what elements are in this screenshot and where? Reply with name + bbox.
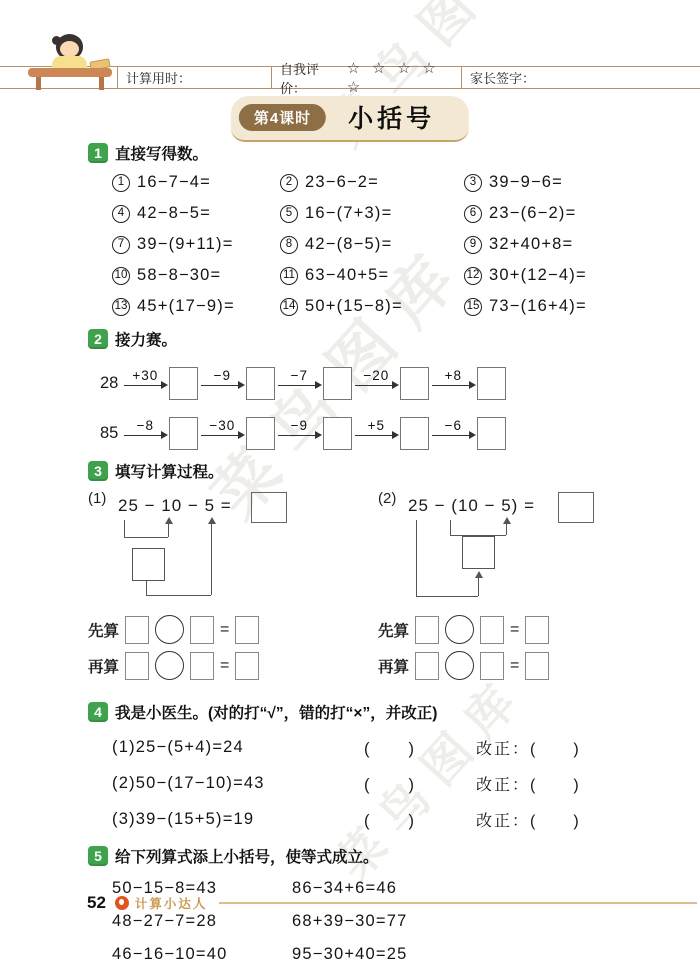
bracket-line xyxy=(168,523,169,537)
arrow-right-icon xyxy=(355,435,397,436)
arrow-right-icon xyxy=(278,385,320,386)
check-parentheses: ( ) xyxy=(364,735,476,759)
then-calc-line: 再算 = xyxy=(88,651,378,680)
relay-operation: −8 xyxy=(137,418,154,433)
answer-box xyxy=(246,417,275,450)
section-4-header: 4 我是小医生。(对的打“√”，错的打“×”，并改正) xyxy=(88,701,666,723)
problem-expression: 32+40+8= xyxy=(489,235,573,254)
answer-box xyxy=(169,417,198,450)
section-4-number-badge: 4 xyxy=(88,702,108,722)
problem-number: 14 xyxy=(280,298,298,316)
problem-item: 1573−(16+4)= xyxy=(464,297,666,316)
answer-box xyxy=(251,492,287,523)
relay-chain-1: 28 +30 −9 −7 −20 +8 xyxy=(100,354,666,400)
first-calc-line: 先算 = xyxy=(378,615,666,644)
problem-expression: 16−7−4= xyxy=(137,173,211,192)
answer-box xyxy=(400,417,429,450)
problem-number: 6 xyxy=(464,205,482,223)
problem-number: 1 xyxy=(112,174,130,192)
check-row: (1)25−(5+4)=24 ( ) 改正：( ) xyxy=(112,735,666,759)
problem-item: 442−8−5= xyxy=(112,204,280,223)
problem-item: 1345+(17−9)= xyxy=(112,297,280,316)
arrow-up-icon xyxy=(165,517,173,524)
operand-box xyxy=(480,652,504,680)
equation: 68+39−30=77 xyxy=(292,912,666,931)
relay-step: −6 xyxy=(432,418,474,436)
then-calc-label: 再算 xyxy=(88,655,119,677)
process-diagram-2: (2) 25 − (10 − 5) = xyxy=(378,490,666,606)
arrow-up-icon xyxy=(503,517,511,524)
diagram-label: (2) xyxy=(378,490,396,507)
process-diagram-1: (1) 25 − 10 − 5 = xyxy=(88,490,378,606)
equation: 48−27−7=28 xyxy=(112,912,292,931)
problem-item: 116−7−4= xyxy=(112,173,280,192)
then-calc-line: 再算 = xyxy=(378,651,666,680)
problem-number: 15 xyxy=(464,298,482,316)
worksheet-page: 菜鸟图库 菜鸟图库 菜鸟图库 计算用时： 自我评价： ☆ ☆ ☆ ☆ ☆ 家长签… xyxy=(0,0,700,979)
problem-expression: 45+(17−9)= xyxy=(137,297,235,316)
section-2-title: 接力赛。 xyxy=(115,328,177,350)
then-calc-label: 再算 xyxy=(378,655,409,677)
arrow-right-icon xyxy=(201,435,243,436)
section-3-header: 3 填写计算过程。 xyxy=(88,460,666,482)
desk xyxy=(28,68,112,77)
operand-box xyxy=(125,652,149,680)
relay-step: −9 xyxy=(278,418,320,436)
correction-field: 改正：( ) xyxy=(476,736,581,759)
brand-name: 计算小达人 xyxy=(135,894,208,912)
problem-number: 11 xyxy=(280,267,298,285)
bracket-line xyxy=(124,537,168,538)
lesson-number-pill: 第4课时 xyxy=(239,104,326,131)
problem-item: 932+40+8= xyxy=(464,235,666,254)
intermediate-result-box xyxy=(462,536,495,569)
problem-number: 2 xyxy=(280,174,298,192)
equals-sign: = xyxy=(220,621,229,639)
self-evaluation-field: 自我评价： ☆ ☆ ☆ ☆ ☆ xyxy=(272,67,462,88)
problem-number: 10 xyxy=(112,267,130,285)
problem-expression: 63−40+5= xyxy=(305,266,389,285)
result-box xyxy=(235,616,259,644)
relay-step: −7 xyxy=(278,368,320,386)
answer-box xyxy=(477,417,506,450)
relay-step: +30 xyxy=(124,368,166,386)
arrow-right-icon xyxy=(278,435,320,436)
problem-expression: 50+(15−8)= xyxy=(305,297,403,316)
problem-expression: 23−6−2= xyxy=(305,173,379,192)
calc-column-1: 先算 = 再算 = xyxy=(88,608,378,687)
relay-operation: −9 xyxy=(214,368,231,383)
problem-number: 3 xyxy=(464,174,482,192)
section-1-number-badge: 1 xyxy=(88,143,108,163)
operand-box xyxy=(190,652,214,680)
arrow-up-icon xyxy=(208,517,216,524)
check-parentheses: ( ) xyxy=(364,807,476,831)
calculation-process-diagrams: (1) 25 − 10 − 5 = (2) 25 − (10 − 5) = xyxy=(88,490,666,606)
footer-rule xyxy=(219,902,697,904)
diagram-label: (1) xyxy=(88,490,106,507)
relay-chain-2: 85 −8 −30 −9 +5 −6 xyxy=(100,404,666,450)
student-at-desk-illustration xyxy=(28,34,112,94)
page-footer: 52 计算小达人 xyxy=(87,893,697,913)
result-box xyxy=(525,652,549,680)
arrow-up-icon xyxy=(475,571,483,578)
lesson-banner: 第4课时 小括号 xyxy=(231,96,469,142)
section-2-number-badge: 2 xyxy=(88,329,108,349)
girl-face xyxy=(60,41,79,57)
relay-operation: +8 xyxy=(445,368,462,383)
check-parentheses: ( ) xyxy=(364,771,476,795)
problem-expression: 42−8−5= xyxy=(137,204,211,223)
equation: 46−16−10=40 xyxy=(112,945,292,964)
section-1-problem-grid: 116−7−4= 223−6−2= 339−9−6= 442−8−5= 516−… xyxy=(112,173,666,316)
arrow-right-icon xyxy=(201,385,243,386)
operand-box xyxy=(415,616,439,644)
operator-circle xyxy=(155,615,184,644)
bracket-line xyxy=(450,520,451,535)
check-expression: (2)50−(17−10)=43 xyxy=(112,774,364,793)
worksheet-content: 1 直接写得数。 116−7−4= 223−6−2= 339−9−6= 442−… xyxy=(88,142,666,964)
problem-item: 516−(7+3)= xyxy=(280,204,464,223)
result-box xyxy=(235,652,259,680)
section-3-number-badge: 3 xyxy=(88,461,108,481)
problem-number: 5 xyxy=(280,205,298,223)
first-calc-label: 先算 xyxy=(88,619,119,641)
path-line xyxy=(146,595,211,596)
result-box xyxy=(525,616,549,644)
arrow-right-icon xyxy=(432,435,474,436)
parent-signature-label: 家长签字： xyxy=(470,68,535,87)
relay-operation: +5 xyxy=(368,418,385,433)
problem-number: 13 xyxy=(112,298,130,316)
time-used-label: 计算用时： xyxy=(126,68,191,87)
path-line xyxy=(416,520,417,596)
check-row: (3)39−(15+5)=19 ( ) 改正：( ) xyxy=(112,807,666,831)
problem-item: 739−(9+11)= xyxy=(112,235,280,254)
equals-sign: = xyxy=(220,657,229,675)
relay-step: −30 xyxy=(201,418,243,436)
check-expression: (1)25−(5+4)=24 xyxy=(112,738,364,757)
problem-item: 623−(6−2)= xyxy=(464,204,666,223)
check-expression: (3)39−(15+5)=19 xyxy=(112,810,364,829)
answer-box xyxy=(558,492,594,523)
section-3-title: 填写计算过程。 xyxy=(115,460,224,482)
section-1-title: 直接写得数。 xyxy=(115,142,208,164)
path-line xyxy=(146,581,147,595)
answer-box xyxy=(477,367,506,400)
operator-circle xyxy=(445,615,474,644)
path-line xyxy=(416,596,478,597)
relay-operation: −9 xyxy=(291,418,308,433)
parent-signature-field: 家长签字： xyxy=(462,67,700,88)
section-2-header: 2 接力赛。 xyxy=(88,328,666,350)
section-5-number-badge: 5 xyxy=(88,846,108,866)
intermediate-result-box xyxy=(132,548,165,581)
self-evaluation-label: 自我评价： xyxy=(280,59,343,97)
first-then-calc-grid: 先算 = 再算 = 先算 xyxy=(88,608,666,687)
relay-operation: −20 xyxy=(363,368,389,383)
equals-sign: = xyxy=(510,657,519,675)
problem-item: 1058−8−30= xyxy=(112,266,280,285)
correction-field: 改正：( ) xyxy=(476,772,581,795)
relay-step: +8 xyxy=(432,368,474,386)
relay-step: −20 xyxy=(355,368,397,386)
page-title: 小括号 xyxy=(348,99,435,135)
equals-sign: = xyxy=(510,621,519,639)
relay-step: +5 xyxy=(355,418,397,436)
relay-start-number: 28 xyxy=(100,374,118,393)
brand-dot-icon xyxy=(115,896,129,910)
problem-item: 842−(8−5)= xyxy=(280,235,464,254)
problem-item: 1450+(15−8)= xyxy=(280,297,464,316)
operator-circle xyxy=(445,651,474,680)
relay-operation: −7 xyxy=(291,368,308,383)
desk-leg xyxy=(99,77,104,90)
correction-field: 改正：( ) xyxy=(476,808,581,831)
relay-step: −8 xyxy=(124,418,166,436)
section-1-header: 1 直接写得数。 xyxy=(88,142,666,164)
problem-item: 339−9−6= xyxy=(464,173,666,192)
arrow-right-icon xyxy=(432,385,474,386)
problem-expression: 23−(6−2)= xyxy=(489,204,576,223)
diagram-expression: 25 − 10 − 5 = xyxy=(118,496,232,516)
relay-operation: −30 xyxy=(209,418,235,433)
time-used-field: 计算用时： xyxy=(118,67,272,88)
problem-expression: 16−(7+3)= xyxy=(305,204,392,223)
problem-number: 4 xyxy=(112,205,130,223)
equation: 95−30+40=25 xyxy=(292,945,666,964)
operator-circle xyxy=(155,651,184,680)
operand-box xyxy=(415,652,439,680)
diagram-expression: 25 − (10 − 5) = xyxy=(408,496,535,516)
star-rating-icons: ☆ ☆ ☆ ☆ ☆ xyxy=(347,59,461,97)
problem-number: 9 xyxy=(464,236,482,254)
arrow-right-icon xyxy=(355,385,397,386)
relay-step: −9 xyxy=(201,368,243,386)
problem-item: 1163−40+5= xyxy=(280,266,464,285)
check-row: (2)50−(17−10)=43 ( ) 改正：( ) xyxy=(112,771,666,795)
section-5-title: 给下列算式添上小括号，使等式成立。 xyxy=(115,845,379,867)
add-parentheses-grid: 50−15−8=43 86−34+6=46 48−27−7=28 68+39−3… xyxy=(112,879,666,964)
problem-expression: 58−8−30= xyxy=(137,266,221,285)
problem-expression: 73−(16+4)= xyxy=(489,297,587,316)
path-line xyxy=(211,523,212,595)
operand-box xyxy=(125,616,149,644)
answer-box xyxy=(246,367,275,400)
answer-box xyxy=(400,367,429,400)
answer-box xyxy=(169,367,198,400)
problem-expression: 42−(8−5)= xyxy=(305,235,392,254)
problem-expression: 30+(12−4)= xyxy=(489,266,587,285)
path-line xyxy=(478,576,479,596)
problem-number: 7 xyxy=(112,236,130,254)
arrow-right-icon xyxy=(124,385,166,386)
relay-start-number: 85 xyxy=(100,424,118,443)
answer-box xyxy=(323,367,352,400)
calc-column-2: 先算 = 再算 = xyxy=(378,608,666,687)
first-calc-label: 先算 xyxy=(378,619,409,641)
bracket-line xyxy=(124,520,125,537)
problem-item: 1230+(12−4)= xyxy=(464,266,666,285)
problem-expression: 39−9−6= xyxy=(489,173,563,192)
page-number: 52 xyxy=(87,893,106,913)
relay-operation: −6 xyxy=(445,418,462,433)
answer-box xyxy=(323,417,352,450)
operand-box xyxy=(480,616,504,644)
section-4-title: 我是小医生。(对的打“√”，错的打“×”，并改正) xyxy=(115,701,437,723)
first-calc-line: 先算 = xyxy=(88,615,378,644)
bracket-line xyxy=(506,523,507,535)
problem-number: 12 xyxy=(464,267,482,285)
section-5-header: 5 给下列算式添上小括号，使等式成立。 xyxy=(88,845,666,867)
problem-number: 8 xyxy=(280,236,298,254)
operand-box xyxy=(190,616,214,644)
desk-leg xyxy=(36,77,41,90)
arrow-right-icon xyxy=(124,435,166,436)
problem-item: 223−6−2= xyxy=(280,173,464,192)
relay-operation: +30 xyxy=(132,368,158,383)
problem-expression: 39−(9+11)= xyxy=(137,235,234,254)
